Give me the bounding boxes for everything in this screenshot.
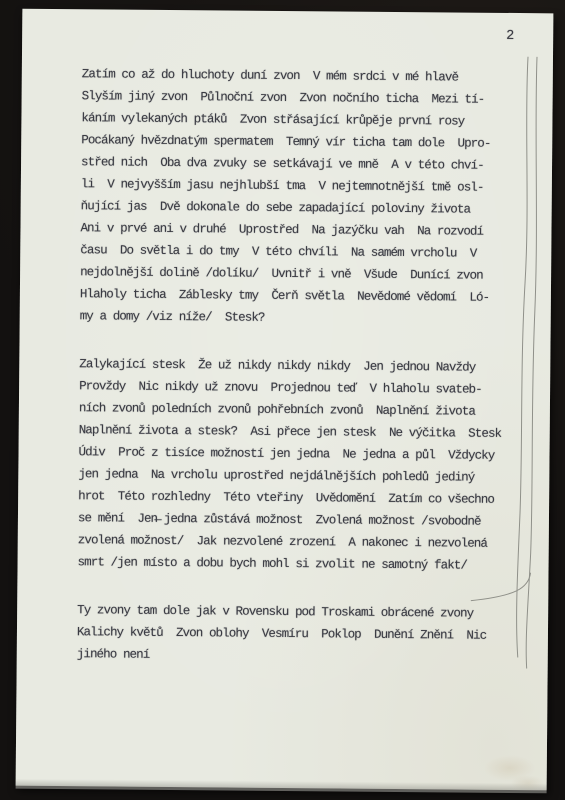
page-number: 2: [506, 29, 514, 44]
pencil-vertical-line-right: [526, 57, 538, 668]
scan-frame: 2 Zatím co až do hluchoty duní zvon V mé…: [0, 0, 565, 800]
paragraph: Zalykající stesk Že už nikdy nikdy nikdy…: [77, 353, 519, 577]
text-line: my a domy /viz níže/ Stesk?: [80, 305, 520, 331]
text-line: smrt /jen místo a dobu bych mohl si zvol…: [77, 551, 517, 577]
paper-stain: [484, 755, 536, 781]
paragraph: Ty zvony tam dole jak v Rovensku pod Tro…: [77, 599, 518, 669]
typewritten-text-block: Zatím co až do hluchoty duní zvon V mém …: [76, 63, 521, 695]
paragraph: Zatím co až do hluchoty duní zvon V mém …: [80, 63, 522, 331]
paper-stain: [511, 775, 545, 791]
scanned-page: 2 Zatím co až do hluchoty duní zvon V mé…: [16, 9, 554, 791]
text-line: jiného není: [77, 643, 517, 669]
